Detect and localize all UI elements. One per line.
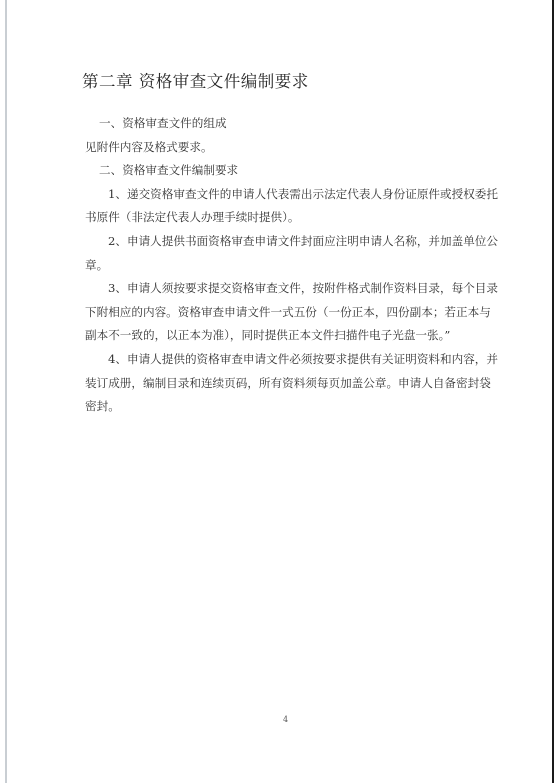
page-number: 4 bbox=[283, 715, 288, 724]
chapter-title: 第二章 资格审查文件编制要求 bbox=[82, 68, 309, 92]
requirement-item-1: 1、递交资格审查文件的申请人代表需出示法定代表人身份证原件或授权委托 bbox=[85, 183, 475, 207]
paragraph-line: 见附件内容及格式要求。 bbox=[85, 136, 475, 160]
paragraph-line: 下附相应的内容。资格审查申请文件一式五份（一份正本，四份副本；若正本与 bbox=[85, 301, 475, 325]
requirement-item-3: 3、申请人须按要求提交资格审查文件，按附件格式制作资料目录，每个目录 bbox=[85, 277, 475, 301]
paragraph-line: 书原件（非法定代表人办理手续时提供）。 bbox=[85, 206, 475, 230]
requirement-item-4: 4、申请人提供的资格审查申请文件必须按要求提供有关证明资料和内容，并 bbox=[85, 348, 475, 372]
document-page: 第二章 资格审查文件编制要求 一、资格审查文件的组成 见附件内容及格式要求。 二… bbox=[0, 0, 554, 783]
paragraph-line: 章。 bbox=[85, 254, 475, 278]
paragraph-line: 装订成册，编制目录和连续页码，所有资料须每页加盖公章。申请人自备密封袋 bbox=[85, 372, 475, 396]
paragraph-line: 副本不一致的，以正本为准），同时提供正本文件扫描件电子光盘一张。” bbox=[85, 324, 475, 348]
section-heading-requirements: 二、资格审查文件编制要求 bbox=[85, 159, 475, 183]
requirement-item-2: 2、申请人提供书面资格审查申请文件封面应注明申请人名称，并加盖单位公 bbox=[85, 230, 475, 254]
document-body: 一、资格审查文件的组成 见附件内容及格式要求。 二、资格审查文件编制要求 1、递… bbox=[85, 112, 475, 419]
scan-edge-left bbox=[5, 0, 7, 783]
section-heading-composition: 一、资格审查文件的组成 bbox=[85, 112, 475, 136]
paragraph-line: 密封。 bbox=[85, 395, 475, 419]
